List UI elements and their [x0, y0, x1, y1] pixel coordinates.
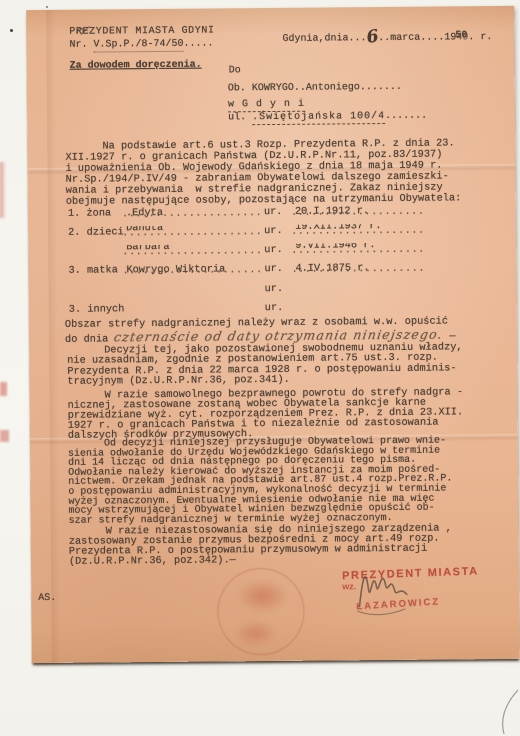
- delivery-note: Za dowodem doręczenia.: [70, 60, 202, 72]
- fold-crease-vertical: [46, 10, 61, 663]
- street-value: .Świętojańska 100/4: [252, 111, 385, 125]
- row-label: 2. dzieci: [68, 226, 124, 238]
- date-suffix: . r.: [468, 32, 492, 43]
- scan-speck: [46, 6, 48, 8]
- date-prefix: Gdynia,dnia...: [282, 33, 366, 45]
- row-date-cell: ....................20.I.1912 r.: [291, 204, 461, 217]
- scan-edge-red-artifact: [0, 382, 7, 396]
- date-month: marca: [390, 33, 420, 44]
- street-label: ul.: [228, 112, 246, 123]
- born-abbrev: ur.: [264, 206, 283, 218]
- paragraph-no-justification: Decyzji tej, jako pozostawionej swobodne…: [67, 342, 519, 387]
- scan-edge-red-artifact: [0, 162, 6, 218]
- person-name: Kowrygo Wiktoria: [126, 263, 225, 276]
- row-name-cell: ..................: [123, 302, 265, 303]
- date-dots-a: ..: [378, 33, 390, 44]
- row-name-cell: ......................: [123, 283, 265, 284]
- row-name-cell: ......................Kowrygo Wiktoria: [122, 263, 264, 276]
- row-name-cell: ......................Barbara: [122, 244, 264, 257]
- recipient-street-line: ul. .Świętojańska 100/4.......: [228, 111, 427, 124]
- row-label: 3. matka: [68, 264, 118, 276]
- row-label: 3. innych: [69, 303, 125, 315]
- person-name: Barbara: [126, 244, 169, 253]
- reference-number-line: Nr. V.Sp.P./8-74/50.....: [69, 39, 213, 51]
- paragraph-sanctions: W razie samowolnego bezprawnego powrotu …: [67, 387, 519, 441]
- paragraph-enforcement: W razie niezastosowania się do niniejsze…: [69, 524, 520, 568]
- reference-value: V.Sp.P./8-74/50: [93, 39, 183, 53]
- scan-speck: [10, 29, 13, 32]
- born-abbrev: ur.: [264, 225, 283, 237]
- reference-dots: .....: [183, 39, 213, 50]
- row-name-cell: .......................Edyta: [122, 206, 264, 219]
- born-abbrev: ur.: [265, 302, 284, 314]
- dependents-list: 1. żona .......................Edyta ur.…: [68, 204, 499, 324]
- row-date-cell: ....................19.XII.1937 r.: [291, 223, 461, 236]
- clerk-initials: AS.: [38, 593, 56, 604]
- born-abbrev: ur.: [265, 283, 284, 295]
- scan-edge-red-artifact: [0, 430, 9, 442]
- scanned-letter-page: { "colors": { "paper": "#e8b28f", "ink":…: [0, 0, 520, 736]
- place-date-line: Gdynia,dnia...6..marca....194950. r.: [282, 24, 492, 46]
- person-name: .Edyta: [126, 207, 163, 219]
- reference-label: Nr.: [69, 40, 87, 51]
- birth-date: 20.I.1912 r.: [295, 205, 369, 218]
- seal-emblem-smudge: [236, 579, 288, 613]
- street-dots: .......: [385, 111, 427, 122]
- recipient-city: w G d y n i: [228, 99, 305, 113]
- birth-date: 4.IV.1875 r.: [295, 262, 369, 275]
- row-label: 1. żona: [68, 207, 111, 219]
- row-date-cell: ....................9.VII.1946 r.: [291, 242, 461, 255]
- recipient-name-line: Ob. KOWRYGO..Antoniego.......: [228, 82, 402, 95]
- citizen-label: Ob.: [228, 83, 246, 94]
- seal-text-smudge: [233, 619, 277, 647]
- to-label: Do: [229, 65, 241, 76]
- paragraph-legal-basis: Na podstawie art.6 ust.3 Rozp. Prezydent…: [65, 138, 518, 209]
- row-date-cell: ....................: [292, 281, 462, 282]
- birth-date: 19.XII.1937 r.: [295, 223, 382, 232]
- document-sheet: PREZYDENT MIASTA GDYNI Nr. V.Sp.P./8-74/…: [26, 6, 520, 663]
- born-abbrev: ur.: [264, 263, 283, 275]
- pen-corner-mark: [492, 688, 520, 736]
- recipient-name: KOWRYGO..Antoniego: [252, 82, 360, 94]
- year-overstrike: 4950: [456, 32, 468, 43]
- birth-date: 9.VII.1946 r.: [295, 242, 375, 251]
- paragraph-appeal-rights: Od decyzji niniejszej przysługuje Obywat…: [68, 436, 520, 526]
- issuing-office-title: PREZYDENT MIASTA GDYNI: [69, 25, 214, 37]
- born-abbrev: ur.: [264, 244, 283, 256]
- recipient-city-line: w G d y n i: [228, 99, 305, 111]
- recipient-name-dots: .......: [360, 82, 402, 93]
- round-official-seal: [217, 568, 305, 656]
- row-date-cell: ....................4.IV.1875 r.: [291, 261, 461, 274]
- date-dots-b: ....: [420, 32, 444, 43]
- row-name-cell: ......................Danuta: [122, 225, 264, 238]
- year-over: 50: [455, 30, 467, 41]
- handwritten-day: 6: [365, 26, 380, 48]
- row-date-cell: ....................: [292, 300, 462, 301]
- person-name: Danuta: [126, 225, 163, 234]
